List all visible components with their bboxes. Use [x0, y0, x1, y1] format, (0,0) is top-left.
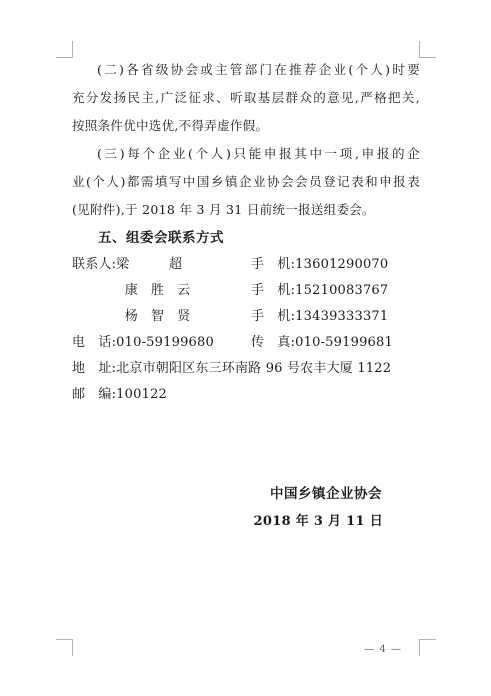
crop-mark-bottom-left-icon — [56, 639, 73, 656]
contact-right: 手 机:13439333371 — [251, 304, 388, 330]
text-line: 按照条件优中选优,不得弄虚作假。 — [72, 112, 420, 140]
contact-row: 杨 智 贤 手 机:13439333371 — [72, 304, 420, 330]
signature-date: 2018 年 3 月 11 日 — [72, 508, 420, 536]
paragraph-2: (二)各省级协会或主管部门在推荐企业(个人)时要 充分发扬民主,广泛征求、听取基… — [72, 56, 420, 140]
contact-row: 联系人:梁 超 手 机:13601290070 — [72, 252, 420, 278]
contact-left: 杨 智 贤 — [72, 304, 251, 330]
text-line: (三)每个企业(个人)只能申报其中一项,申报的企 — [72, 140, 420, 168]
crop-mark-bottom-right-icon — [419, 639, 436, 656]
document-body: (二)各省级协会或主管部门在推荐企业(个人)时要 充分发扬民主,广泛征求、听取基… — [72, 56, 420, 536]
crop-mark-top-left-icon — [56, 41, 73, 58]
paragraph-3: (三)每个企业(个人)只能申报其中一项,申报的企 业(个人)都需填写中国乡镇企业… — [72, 140, 420, 224]
contact-right: 手 机:13601290070 — [251, 252, 388, 278]
text-line: 业(个人)都需填写中国乡镇企业协会会员登记表和申报表 — [72, 168, 420, 196]
contact-right: 手 机:15210083767 — [251, 278, 388, 304]
page-number: — 4 — — [364, 644, 402, 655]
text-line: (见附件),于 2018 年 3 月 31 日前统一报送组委会。 — [72, 196, 420, 224]
contact-block: 联系人:梁 超 手 机:13601290070 康 胜 云 手 机:152100… — [72, 252, 420, 408]
page: (二)各省级协会或主管部门在推荐企业(个人)时要 充分发扬民主,广泛征求、听取基… — [0, 0, 491, 696]
text-line: 充分发扬民主,广泛征求、听取基层群众的意见,严格把关, — [72, 84, 420, 112]
signature: 中国乡镇企业协会 — [72, 480, 420, 508]
crop-mark-top-right-icon — [419, 41, 436, 58]
text-line: (二)各省级协会或主管部门在推荐企业(个人)时要 — [72, 56, 420, 84]
contact-row: 地 址:北京市朝阳区东三环南路 96 号农丰大厦 1122 — [72, 356, 420, 382]
contact-row: 康 胜 云 手 机:15210083767 — [72, 278, 420, 304]
contact-left: 地 址:北京市朝阳区东三环南路 96 号农丰大厦 1122 — [72, 356, 391, 382]
contact-left: 康 胜 云 — [72, 278, 251, 304]
contact-left: 联系人:梁 超 — [72, 252, 251, 278]
contact-row: 邮 编:100122 — [72, 382, 420, 408]
contact-right: 传 真:010-59199681 — [251, 330, 393, 356]
section-heading: 五、组委会联系方式 — [72, 224, 420, 252]
contact-left: 电 话:010-59199680 — [72, 330, 251, 356]
contact-row: 电 话:010-59199680 传 真:010-59199681 — [72, 330, 420, 356]
contact-left: 邮 编:100122 — [72, 382, 251, 408]
